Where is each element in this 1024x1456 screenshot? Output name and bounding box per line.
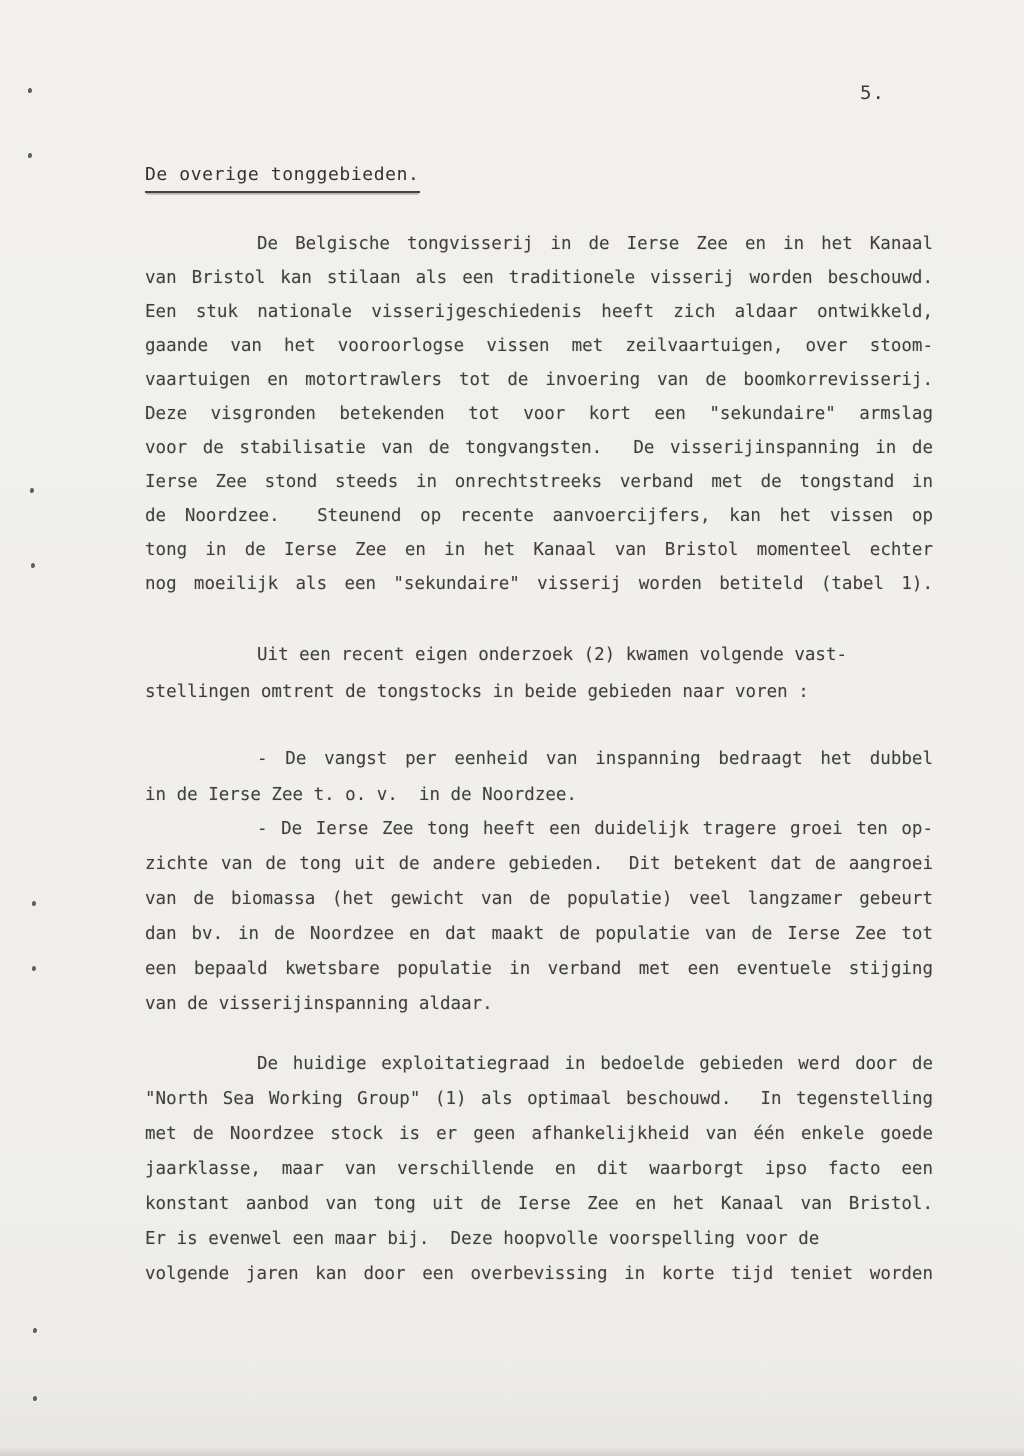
- list-item-vangst: - De vangst per eenheid van inspanning b…: [145, 741, 933, 813]
- paragraph-onderzoek: Uit een recent eigen onderzoek (2) kwame…: [145, 637, 933, 711]
- text-line: "North Sea Working Group" (1) als optima…: [145, 1082, 933, 1117]
- text-line: van de biomassa (het gewicht van de popu…: [145, 882, 933, 917]
- text-line: stellingen omtrent de tongstocks in beid…: [145, 674, 933, 711]
- text-line: voor de stabilisatie van de tongvangsten…: [145, 431, 933, 465]
- list-item-groei: - De Ierse Zee tong heeft een duidelijk …: [145, 812, 933, 1022]
- scan-speck: [30, 488, 34, 493]
- text-line: tong in de Ierse Zee en in het Kanaal va…: [145, 533, 933, 567]
- text-line: De huidige exploitatiegraad in bedoelde …: [145, 1047, 933, 1082]
- text-line: gaande van het vooroorlogse vissen met z…: [145, 329, 933, 363]
- text-line: met de Noordzee stock is er geen afhanke…: [145, 1117, 933, 1152]
- scan-speck: [33, 1328, 37, 1333]
- text-line: de Noordzee. Steunend op recente aanvoer…: [145, 499, 933, 533]
- scan-speck: [32, 901, 36, 906]
- text-line: dan bv. in de Noordzee en dat maakt de p…: [145, 917, 933, 952]
- scan-speck: [28, 153, 32, 158]
- text-line: van de visserijinspanning aldaar.: [145, 987, 933, 1022]
- scan-speck: [31, 563, 35, 568]
- section-heading: De overige tonggebieden.: [145, 161, 420, 193]
- text-line: jaarklasse, maar van verschillende en di…: [145, 1152, 933, 1187]
- text-line: zichte van de tong uit de andere gebiede…: [145, 847, 933, 882]
- paragraph-exploitatie: De huidige exploitatiegraad in bedoelde …: [145, 1047, 933, 1292]
- text-line: van Bristol kan stilaan als een traditio…: [145, 261, 933, 295]
- text-line: in de Ierse Zee t. o. v. in de Noordzee.: [145, 777, 933, 813]
- scan-speck: [33, 1396, 37, 1401]
- text-line: Er is evenwel een maar bij. Deze hoopvol…: [145, 1222, 933, 1257]
- scan-speck: [28, 88, 32, 93]
- text-line: Ierse Zee stond steeds in onrechtstreeks…: [145, 465, 933, 499]
- text-line: vaartuigen en motortrawlers tot de invoe…: [145, 363, 933, 397]
- text-line: een bepaald kwetsbare populatie in verba…: [145, 952, 933, 987]
- page-number: 5.: [860, 82, 885, 104]
- text-line: nog moeilijk als een "sekundaire" visser…: [145, 567, 933, 601]
- text-line: De Belgische tongvisserij in de Ierse Ze…: [145, 227, 933, 261]
- text-line: Uit een recent eigen onderzoek (2) kwame…: [145, 637, 933, 674]
- scan-speck: [32, 966, 36, 971]
- text-line: Een stuk nationale visserijgeschiedenis …: [145, 295, 933, 329]
- paragraph-intro: De Belgische tongvisserij in de Ierse Ze…: [145, 227, 933, 601]
- text-line: Deze visgronden betekenden tot voor kort…: [145, 397, 933, 431]
- text-line: volgende jaren kan door een overbevissin…: [145, 1257, 933, 1292]
- scanned-document-page: 5. De overige tonggebieden. De Belgische…: [0, 0, 1024, 1456]
- text-line: konstant aanbod van tong uit de Ierse Ze…: [145, 1187, 933, 1222]
- text-line: - De vangst per eenheid van inspanning b…: [145, 741, 933, 777]
- text-line: - De Ierse Zee tong heeft een duidelijk …: [145, 812, 933, 847]
